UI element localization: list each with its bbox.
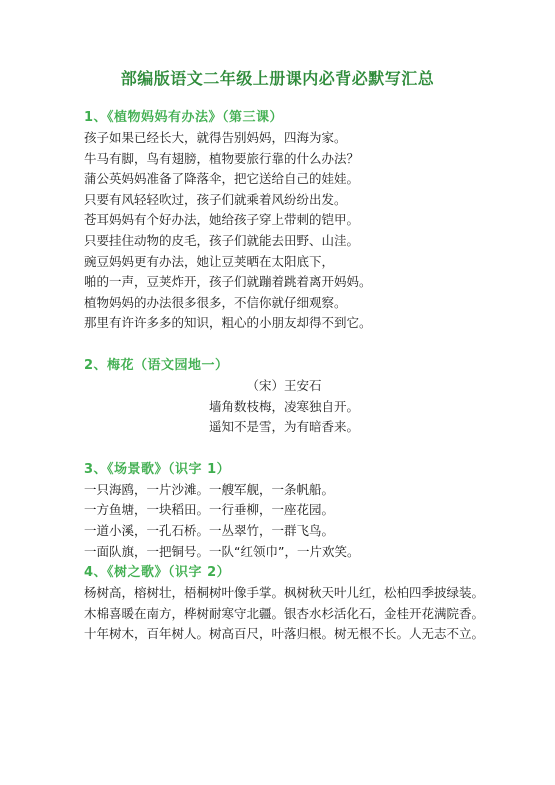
- section-4: 4、《树之歌》（识字 2） 杨树高，榕树壮，梧桐树叶像手掌。枫树秋天叶儿红，松柏…: [84, 562, 484, 645]
- text-line: 一道小溪，一孔石桥。一丛翠竹，一群飞鸟。: [84, 521, 484, 542]
- section-1: 1、《植物妈妈有办法》（第三课） 孩子如果已经长大，就得告别妈妈，四海为家。 牛…: [84, 107, 484, 334]
- text-line: 啪的一声，豆荚炸开，孩子们就蹦着跳着离开妈妈。: [84, 272, 484, 293]
- text-line: 苍耳妈妈有个好办法，她给孩子穿上带刺的铠甲。: [84, 210, 484, 231]
- text-line: 一方鱼塘，一块稻田。一行垂柳，一座花园。: [84, 500, 484, 521]
- text-paragraph: 木棉喜暖在南方，桦树耐寒守北疆。银杏水杉活化石，金桂开花满院香。: [84, 604, 484, 625]
- document-content: 1、《植物妈妈有办法》（第三课） 孩子如果已经长大，就得告别妈妈，四海为家。 牛…: [84, 107, 484, 645]
- section-3: 3、《场景歌》（识字 1） 一只海鸥，一片沙滩。一艘军舰，一条帆船。 一方鱼塘，…: [84, 459, 484, 562]
- text-paragraph: 十年树木，百年树人。树高百尺，叶落归根。树无根不长。人无志不立。: [84, 624, 484, 645]
- text-line: 孩子如果已经长大，就得告别妈妈，四海为家。: [84, 128, 484, 149]
- section-heading: 2、梅花（语文园地一）: [84, 355, 484, 376]
- poem-line: 遥知不是雪，为有暗香来。: [84, 417, 484, 438]
- text-paragraph: 杨树高，榕树壮，梧桐树叶像手掌。枫树秋天叶儿红，松柏四季披绿装。: [84, 583, 484, 604]
- section-heading: 1、《植物妈妈有办法》（第三课）: [84, 107, 484, 128]
- text-line: 蒲公英妈妈准备了降落伞，把它送给自己的娃娃。: [84, 169, 484, 190]
- poem-line: 墙角数枝梅，凌寒独自开。: [84, 397, 484, 418]
- spacer: [84, 438, 484, 459]
- section-2: 2、梅花（语文园地一） （宋）王安石 墙角数枝梅，凌寒独自开。 遥知不是雪，为有…: [84, 355, 484, 438]
- section-heading: 4、《树之歌》（识字 2）: [84, 562, 484, 583]
- text-line: 牛马有脚，鸟有翅膀，植物要旅行靠的什么办法？: [84, 149, 484, 170]
- section-heading: 3、《场景歌》（识字 1）: [84, 459, 484, 480]
- text-line: 豌豆妈妈更有办法，她让豆荚晒在太阳底下，: [84, 252, 484, 273]
- text-line: 那里有许许多多的知识，粗心的小朋友却得不到它。: [84, 313, 484, 334]
- text-line: 只要挂住动物的皮毛，孩子们就能去田野、山洼。: [84, 231, 484, 252]
- document-title: 部编版语文二年级上册课内必背必默写汇总: [0, 66, 555, 89]
- spacer: [84, 334, 484, 355]
- document-page: 部编版语文二年级上册课内必背必默写汇总 1、《植物妈妈有办法》（第三课） 孩子如…: [0, 0, 555, 785]
- text-line: 只要有风轻轻吹过，孩子们就乘着风纷纷出发。: [84, 190, 484, 211]
- text-line: 植物妈妈的办法很多很多，不信你就仔细观察。: [84, 293, 484, 314]
- poem-author: （宋）王安石: [84, 376, 484, 397]
- text-line: 一只海鸥，一片沙滩。一艘军舰，一条帆船。: [84, 480, 484, 501]
- text-line: 一面队旗，一把铜号。一队“红领巾”，一片欢笑。: [84, 542, 484, 563]
